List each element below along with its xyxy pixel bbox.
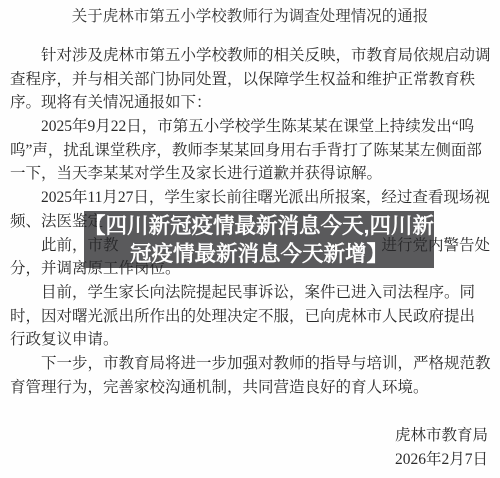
body-line: 2025年11月27日，学生家长前往曙光派出所报案，经过查看现场视 xyxy=(10,186,490,210)
body-line: 查程序，并与相关部门协同处置，以保障学生权益和维护正常教育秩 xyxy=(10,68,490,92)
signature-issuer: 虎林市教育局 xyxy=(10,424,490,448)
body-line: 时，因对曙光派出所作出的处理决定不服，已向虎林市人民政府提出 xyxy=(10,305,490,329)
body-line: 下一步，市教育局将进一步加强对教师的指导与培训，严格规范教 xyxy=(10,352,490,376)
signature-date: 2026年2月7日 xyxy=(10,448,490,472)
body-line: 序。现将有关情况通报如下： xyxy=(10,91,490,115)
watermark-caption-overlay: 【四川新冠疫情最新消息今天,四川新 冠疫情最新消息今天新增】 xyxy=(84,211,434,268)
body-line: 一下，当天李某某对学生及家长进行道歉并获得谅解。 xyxy=(10,162,490,186)
watermark-caption-line: 冠疫情最新消息今天新增】 xyxy=(130,240,388,268)
signature-block: 虎林市教育局 2026年2月7日 xyxy=(10,424,490,471)
document-page: 关于虎林市第五小学校教师行为调查处理情况的通报 针对涉及虎林市第五小学校教师的相… xyxy=(0,0,500,478)
body-line: 2025年9月22日，市第五小学校学生陈某某在课堂上持续发出“呜 xyxy=(10,115,490,139)
watermark-caption-line: 【四川新冠疫情最新消息今天,四川新 xyxy=(84,212,434,240)
body-line: 育管理行为，完善家校沟通机制，共同营造良好的育人环境。 xyxy=(10,376,490,400)
body-line: 呜”声，扰乱课堂秩序，教师李某某回身用右手背打了陈某某左侧面部 xyxy=(10,139,490,163)
body-line: 针对涉及虎林市第五小学校教师的相关反映，市教育局依规启动调 xyxy=(10,44,490,68)
document-title: 关于虎林市第五小学校教师行为调查处理情况的通报 xyxy=(10,6,490,28)
body-line: 行政复议申请。 xyxy=(10,328,490,352)
body-line: 目前，学生家长向法院提起民事诉讼，案件已进入司法程序。同 xyxy=(10,281,490,305)
